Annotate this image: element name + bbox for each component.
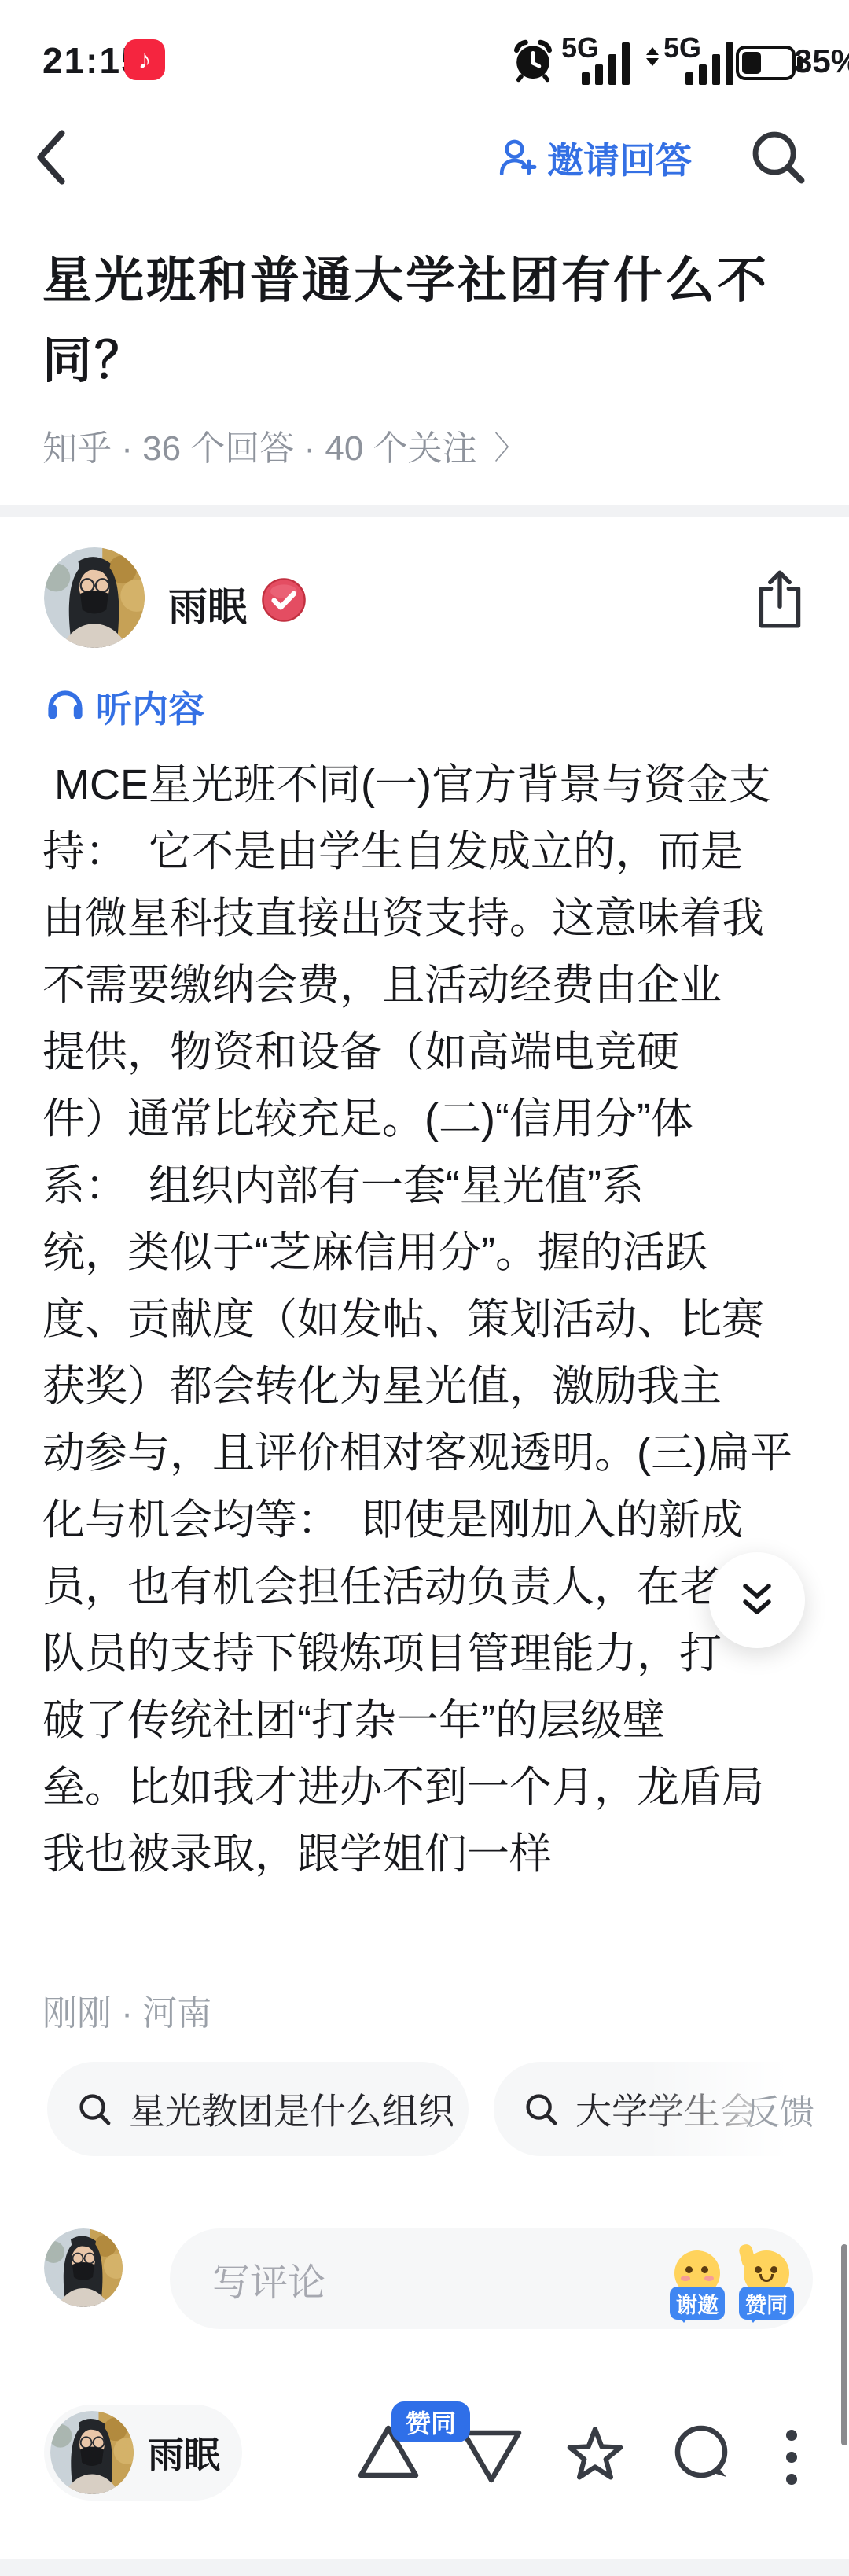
body-line: 统，类似于“芝麻信用分”。握的活跃 bbox=[42, 1220, 829, 1286]
alarm-icon bbox=[509, 36, 557, 85]
current-user-avatar bbox=[44, 2228, 123, 2307]
search-icon bbox=[75, 2090, 113, 2128]
body-line: 由微星科技直接出资支持。这意味着我 bbox=[42, 885, 829, 952]
body-line: 提供，物资和设备（如高端电竞硬 bbox=[42, 1019, 829, 1086]
question-meta[interactable]: 知乎 · 36 个回答 · 40 个关注 〉 bbox=[42, 420, 526, 470]
signal-bars-2-icon bbox=[685, 42, 734, 85]
more-options-button[interactable] bbox=[786, 2430, 799, 2485]
related-search-text: 星光教团是什么组织 bbox=[129, 2083, 454, 2135]
back-button[interactable] bbox=[24, 124, 85, 190]
listen-content-label[interactable]: 听内容 bbox=[96, 681, 204, 733]
comment-button[interactable] bbox=[670, 2423, 734, 2486]
body-line: 获奖）都会转化为星光值，激励我主 bbox=[42, 1353, 829, 1420]
favorite-button[interactable] bbox=[564, 2423, 626, 2485]
body-line: 破了传统社团“打杂一年”的层级壁 bbox=[42, 1687, 829, 1754]
dual-sim-arrows-icon bbox=[646, 47, 657, 71]
author-avatar[interactable] bbox=[44, 547, 145, 648]
invite-answer-button[interactable]: 邀请回答 bbox=[495, 132, 692, 184]
verified-badge-icon bbox=[261, 577, 307, 623]
share-button[interactable] bbox=[753, 568, 807, 632]
scrollbar-thumb[interactable] bbox=[841, 2244, 847, 2445]
dot bbox=[786, 2430, 797, 2441]
feedback-link[interactable]: 反馈 bbox=[745, 2084, 814, 2134]
headphones-icon bbox=[44, 683, 86, 722]
bottom-author-name: 雨眠 bbox=[148, 2427, 220, 2478]
invite-answer-label: 邀请回答 bbox=[547, 132, 692, 184]
body-line: 不需要缴纳会费，且活动经费由企业 bbox=[42, 952, 829, 1019]
battery-percent: 35% bbox=[794, 42, 849, 80]
section-divider bbox=[0, 505, 849, 517]
question-meta-text: 知乎 · 36 个回答 · 40 个关注 bbox=[42, 420, 477, 470]
dot bbox=[786, 2452, 797, 2463]
body-line: 持： 它不是由学生自发成立的，而是 bbox=[42, 819, 829, 885]
sticker-label: 赞同 bbox=[739, 2287, 794, 2320]
comment-placeholder: 写评论 bbox=[212, 2228, 325, 2329]
search-icon bbox=[747, 126, 808, 187]
body-line: MCE星光班不同(一)官方背景与资金支 bbox=[42, 752, 829, 819]
search-icon bbox=[522, 2090, 560, 2128]
body-line: 队员的支持下锻炼项目管理能力，打 bbox=[42, 1621, 829, 1687]
body-line: 动参与，且评价相对客观透明。(三)扁平 bbox=[42, 1420, 829, 1487]
double-chevron-down-icon bbox=[739, 1581, 775, 1619]
author-name[interactable]: 雨眠 bbox=[168, 576, 247, 632]
sticker-label: 谢邀 bbox=[670, 2287, 725, 2320]
back-chevron-icon bbox=[24, 124, 85, 190]
signal-bars-1-icon bbox=[582, 42, 630, 85]
bottom-author-pill[interactable]: 雨眠 bbox=[44, 2405, 242, 2501]
search-button[interactable] bbox=[747, 126, 808, 187]
home-indicator-area bbox=[0, 2559, 849, 2576]
question-title-line2: 同？ bbox=[42, 321, 813, 401]
body-line: 系： 组织内部有一套“星光值”系 bbox=[42, 1153, 829, 1220]
chevron-right-icon: 〉 bbox=[494, 423, 526, 468]
collapse-answer-button[interactable] bbox=[709, 1552, 805, 1648]
sticker-zantong[interactable]: 赞同 bbox=[739, 2250, 794, 2329]
music-app-icon: ♪ bbox=[124, 39, 165, 80]
zhihu-answer-screen: 21:15 ♪ 5G 5G bbox=[0, 0, 849, 2576]
listen-content-button[interactable] bbox=[44, 683, 86, 722]
dot bbox=[786, 2474, 797, 2485]
person-plus-icon bbox=[495, 136, 539, 180]
question-title-line1: 星光班和普通大学社团有什么不 bbox=[42, 241, 813, 321]
body-line: 件）通常比较充足。(二)“信用分”体 bbox=[42, 1086, 829, 1153]
related-search-text: 大学学生会 bbox=[575, 2083, 756, 2135]
comment-bubble-icon bbox=[670, 2423, 734, 2486]
body-line: 我也被录取，跟学姐们一样 bbox=[42, 1821, 829, 1888]
share-icon bbox=[753, 568, 807, 632]
answer-timestamp: 刚刚 · 河南 bbox=[42, 1985, 211, 2035]
related-search-chip-1[interactable]: 星光教团是什么组织 bbox=[47, 2062, 469, 2156]
sticker-xiexie[interactable]: 谢邀 bbox=[670, 2250, 725, 2329]
star-icon bbox=[564, 2423, 626, 2485]
question-title: 星光班和普通大学社团有什么不 同？ bbox=[42, 241, 813, 401]
upvote-tooltip-badge: 赞同 bbox=[391, 2401, 470, 2442]
music-note-icon: ♪ bbox=[138, 45, 152, 75]
answer-body: MCE星光班不同(一)官方背景与资金支 持： 它不是由学生自发成立的，而是 由微… bbox=[42, 752, 829, 1888]
body-line: 化与机会均等： 即使是刚加入的新成 bbox=[42, 1487, 829, 1554]
body-line: 垒。比如我才进办不到一个月，龙盾局 bbox=[42, 1754, 829, 1821]
body-line: 度、贡献度（如发帖、策划活动、比赛 bbox=[42, 1286, 829, 1353]
author-avatar-small bbox=[50, 2411, 134, 2494]
